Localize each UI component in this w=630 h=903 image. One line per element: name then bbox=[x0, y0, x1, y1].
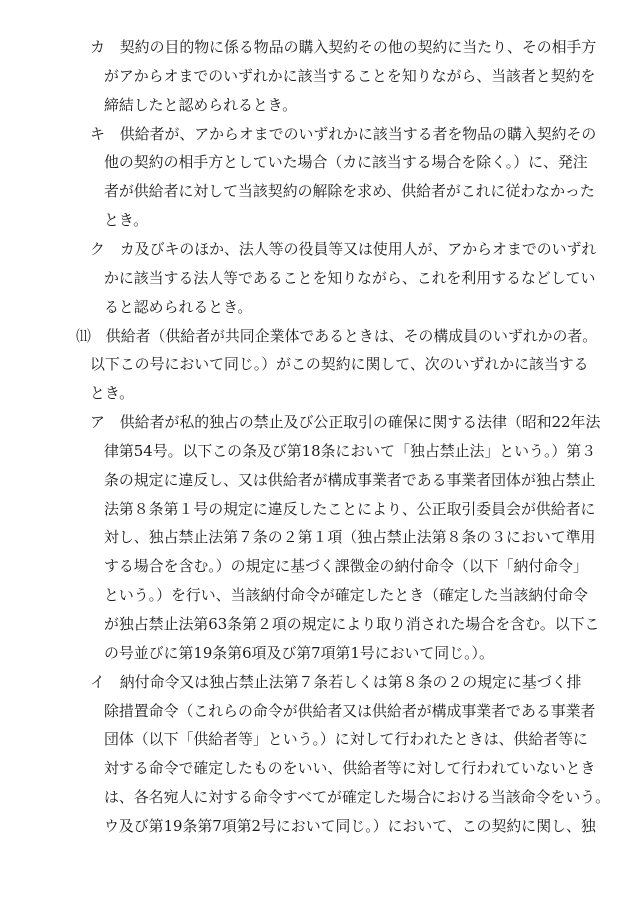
text-line: 者が供給者に対して当該契約の解除を求め、供給者がこれに従わなかった bbox=[104, 181, 595, 201]
text-line: 以下この号において同じ。）がこの契約に関して、次のいずれかに該当する bbox=[90, 354, 589, 374]
text-line: 法第８条第１号の規定に違反したことにより、公正取引委員会が供給者に bbox=[104, 499, 595, 519]
text-line: は、各名宛人に対する命令すべてが確定した場合における当該命令をいう。 bbox=[104, 787, 610, 807]
text-line: という。）を行い、当該納付命令が確定したとき（確定した当該納付命令 bbox=[104, 585, 588, 605]
text-line: 条の規定に違反し、又は供給者が構成事業者である事業者団体が独占禁止 bbox=[104, 470, 595, 490]
text-line: 締結したと認められるとき。 bbox=[104, 95, 297, 115]
text-line: が独占禁止法第63条第２項の規定により取り消された場合を含む。以下こ bbox=[104, 614, 599, 634]
text-line: 除措置命令（これらの命令が供給者又は供給者が構成事業者である事業者 bbox=[104, 701, 595, 721]
text-line: 対し、独占禁止法第７条の２第１項（独占禁止法第８条の３において準用 bbox=[104, 527, 595, 547]
text-line: イ 納付命令又は独占禁止法第７条若しくは第８条の２の規定に基づく排 bbox=[90, 672, 581, 692]
text-line: ると認められるとき。 bbox=[104, 297, 252, 317]
text-line: ク カ及びキのほか、法人等の役員等又は使用人が、アからオまでのいずれ bbox=[90, 239, 596, 259]
text-line: キ 供給者が、アからオまでのいずれかに該当する者を物品の購入契約その bbox=[90, 124, 596, 144]
text-line: とき。 bbox=[104, 210, 148, 230]
text-line: ⑾ 供給者（供給者が共同企業体であるときは、その構成員のいずれかの者。 bbox=[76, 326, 597, 346]
text-line: 他の契約の相手方としていた場合（カに該当する場合を除く。）に、発注 bbox=[104, 152, 588, 172]
text-line: する場合を含む。）の規定に基づく課徴金の納付命令（以下「納付命令」 bbox=[104, 556, 588, 576]
text-line: 団体（以下「供給者等」という。）に対して行われたときは、供給者等に bbox=[104, 729, 588, 749]
text-line: 対する命令で確定したものをいい、供給者等に対して行われていないとき bbox=[104, 758, 595, 778]
text-line: ウ及び第19条第7項第2号において同じ。）において、この契約に関し、独 bbox=[104, 816, 596, 836]
text-line: がアからオまでのいずれかに該当することを知りながら、当該者と契約を bbox=[104, 66, 595, 86]
document-page: カ 契約の目的物に係る物品の購入契約その他の契約に当たり、その相手方がアからオま… bbox=[0, 0, 630, 903]
text-line: ア 供給者が私的独占の禁止及び公正取引の確保に関する法律（昭和22年法 bbox=[90, 412, 600, 432]
text-line: 律第54号。以下この条及び第18条において「独占禁止法」という。）第３ bbox=[104, 441, 596, 461]
text-line: の号並びに第19条第6項及び第7項第1号において同じ。）。 bbox=[104, 643, 494, 663]
text-line: とき。 bbox=[90, 383, 134, 403]
text-line: カ 契約の目的物に係る物品の購入契約その他の契約に当たり、その相手方 bbox=[90, 37, 596, 57]
text-line: かに該当する法人等であることを知りながら、これを利用するなどしてい bbox=[104, 268, 595, 288]
